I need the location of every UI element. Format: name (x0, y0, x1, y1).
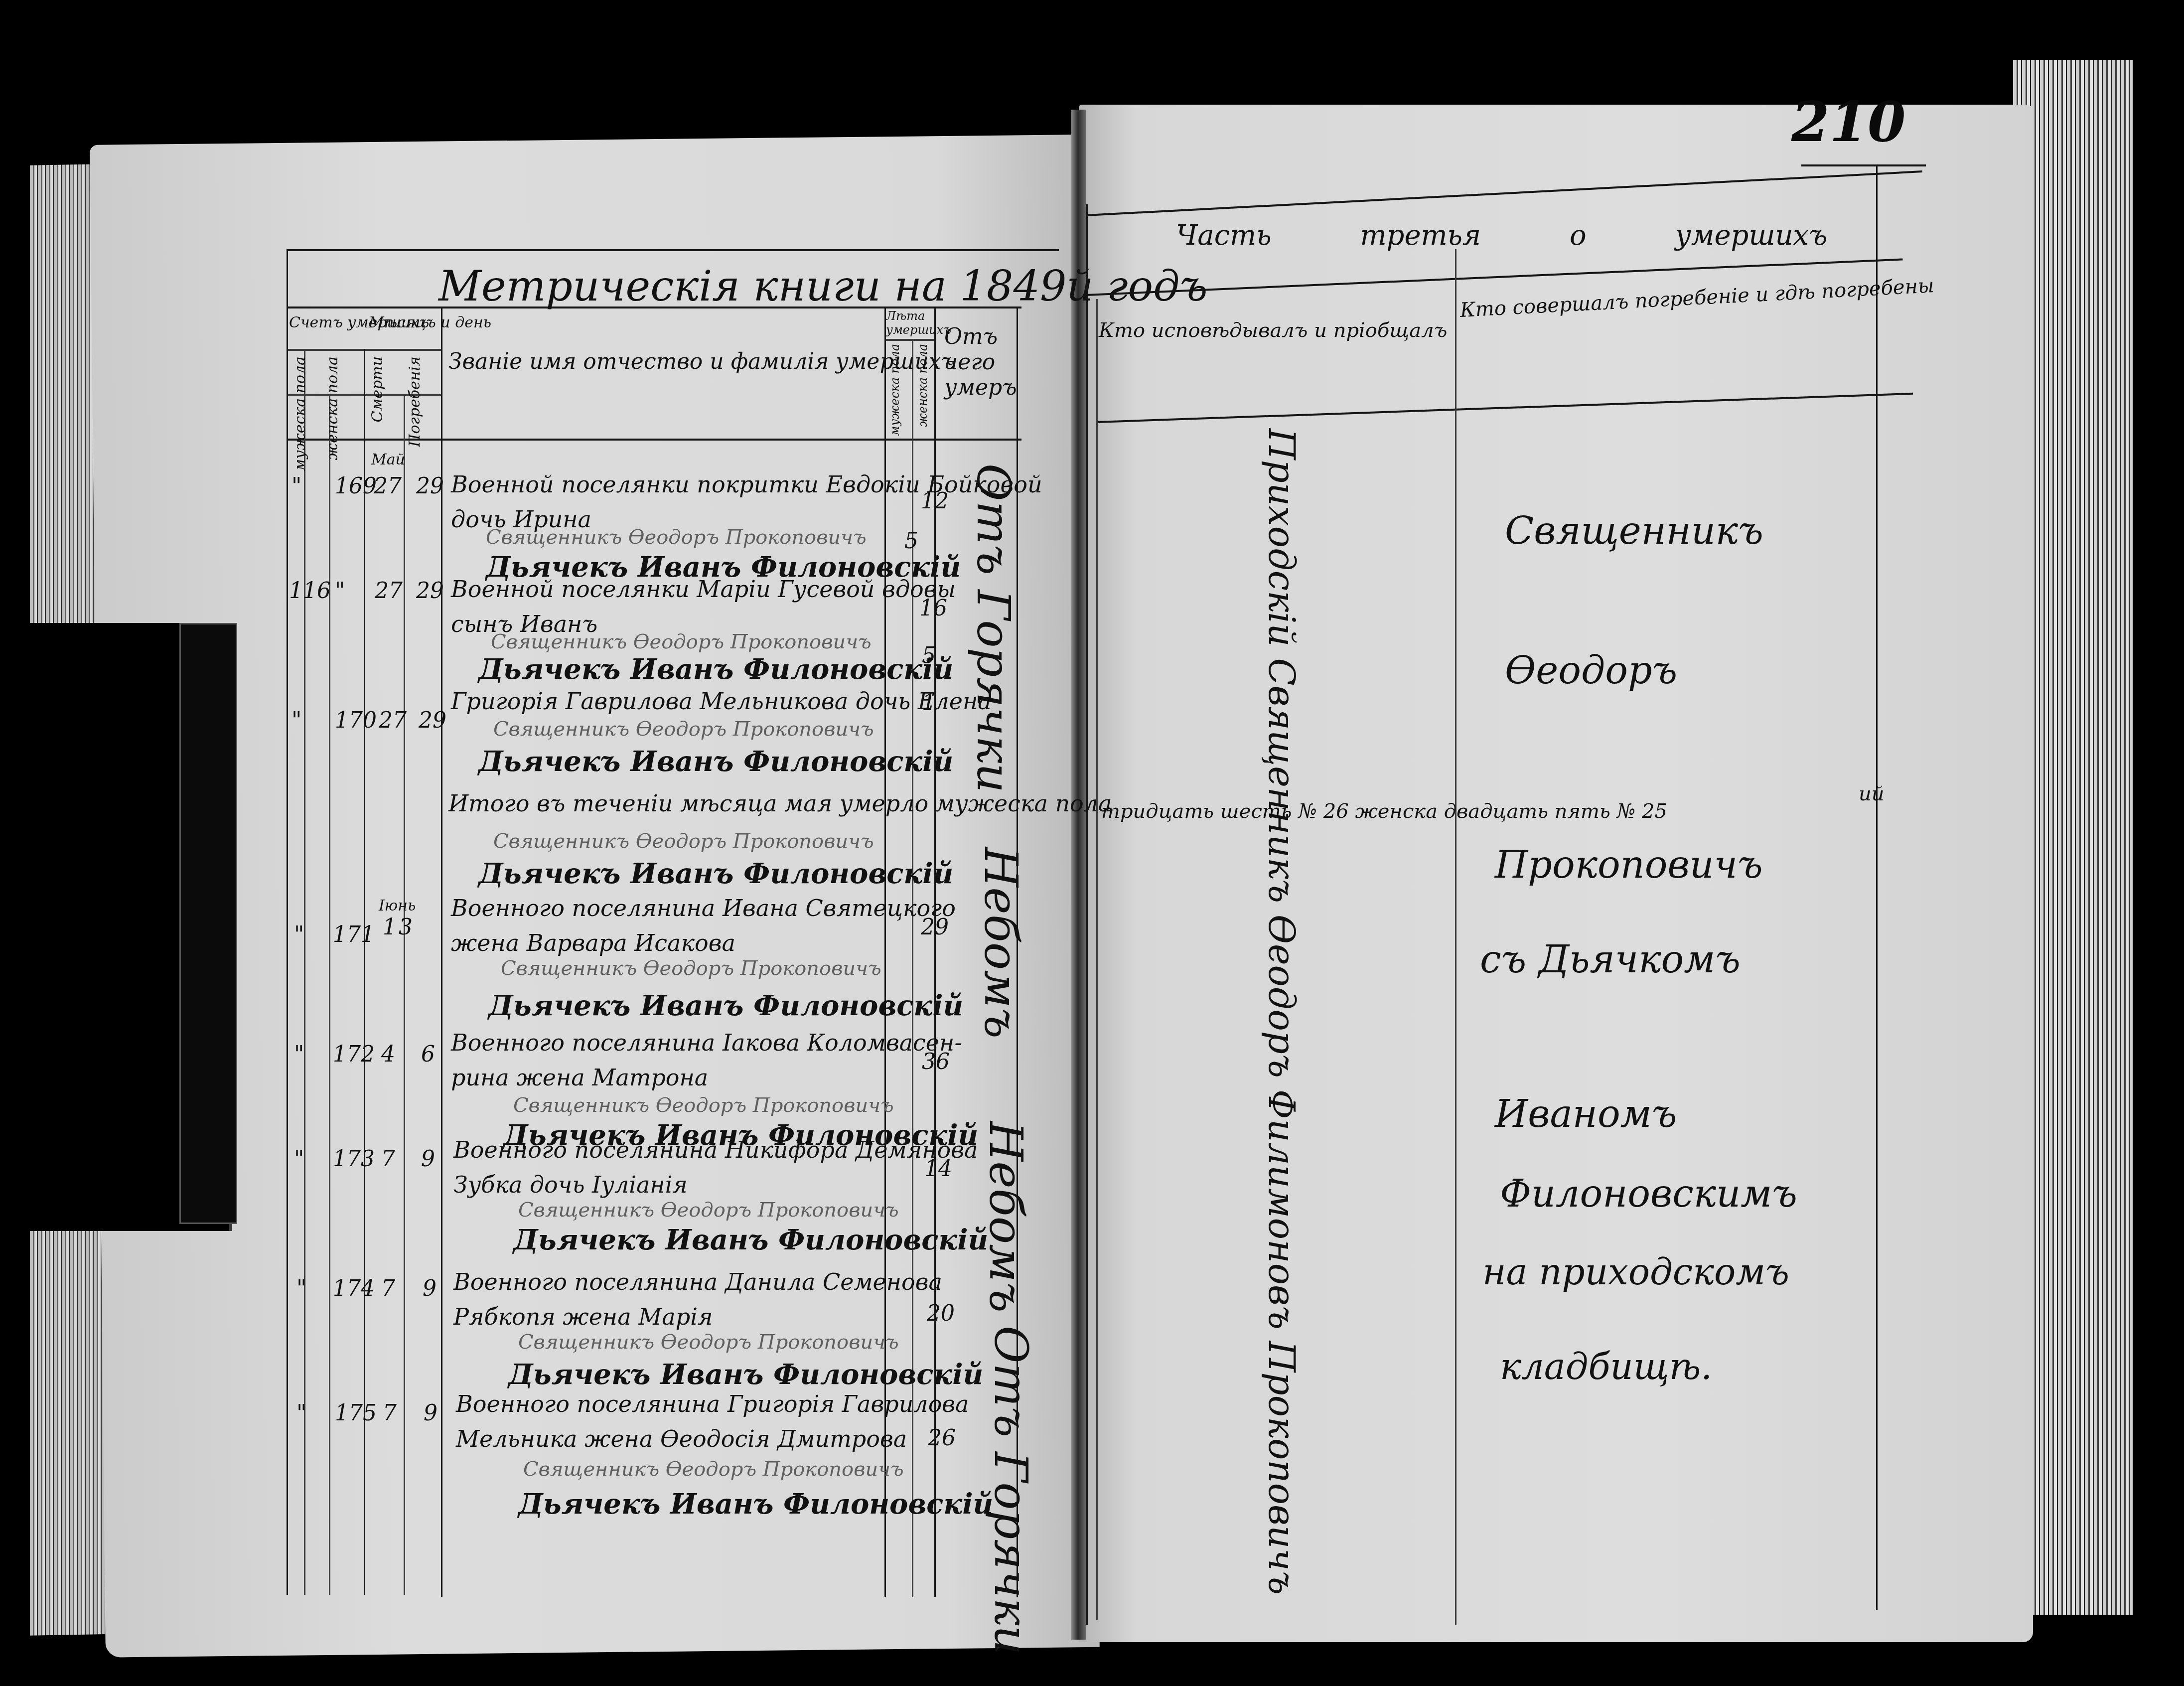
entry-burial-day: 9 (421, 1146, 435, 1172)
margin-mark: 5 (922, 643, 936, 668)
burial-line: съ Дьячкомъ (1480, 937, 1741, 981)
entry-female-number: 171 (333, 922, 375, 947)
rule (1801, 164, 1926, 166)
entry-text: Мельника жена Ѳеодосія Дмитрова (456, 1425, 907, 1452)
rule (287, 249, 288, 1595)
binding-clip-inner (179, 623, 237, 1224)
priest-signature: Священникъ Ѳеодоръ Прокоповичъ (493, 718, 874, 741)
entry-age: 12 (921, 488, 949, 514)
deacon-signature: Дьячекъ Иванъ Филоновскій (518, 1488, 993, 1521)
right-page-title: Часть третья о умершихъ (1176, 219, 1827, 252)
entry-male-number: " (296, 1276, 306, 1301)
rule (884, 339, 934, 341)
entry-text: Военного поселянина Григорія Гаврилова (456, 1390, 969, 1417)
header-age-group: Лѣта умершихъ (886, 309, 933, 337)
entry-text: Военного поселянина Данила Семенова (453, 1268, 942, 1295)
entry-text: Военного поселянина Ивана Святецкого (451, 895, 956, 921)
left-page-title: Метрическія книги на 1849й годъ (438, 262, 1207, 310)
priest-signature: Священникъ Ѳеодоръ Прокоповичъ (501, 957, 881, 980)
priest-signature: Священникъ Ѳеодоръ Прокоповичъ (513, 1094, 894, 1117)
priest-signature: Священникъ Ѳеодоръ Прокоповичъ (493, 830, 874, 853)
entry-male-number: " (294, 922, 304, 947)
header-date-death: Смерти (369, 356, 386, 423)
deacon-signature: Дьячекъ Иванъ Филоновскій (488, 989, 963, 1022)
entry-death-day: 27 (374, 473, 402, 499)
rule (287, 249, 1059, 251)
entry-male-number: " (291, 473, 301, 499)
entry-burial-day: 9 (423, 1276, 437, 1301)
entry-burial-day: 29 (416, 473, 444, 499)
header-date-group: Мѣсяцъ и день (369, 314, 491, 331)
entry-death-day: 27 (375, 578, 403, 604)
burial-line: кладбищѣ. (1500, 1346, 1712, 1387)
header-count-female: женска пола (324, 356, 341, 460)
priest-signature: Священникъ Ѳеодоръ Прокоповичъ (486, 526, 867, 549)
book-gutter (1071, 110, 1086, 1640)
entry-burial-day: 3 (399, 915, 413, 940)
burial-line: Иваномъ (1495, 1091, 1677, 1136)
header-name-column: Званіе имя отчество и фамилія умершихъ (448, 349, 956, 374)
deacon-signature: Дьячекъ Иванъ Филоновскій (478, 857, 953, 890)
rule (329, 394, 330, 1595)
entry-burial-day: 29 (419, 708, 446, 733)
margin-mark: 5 (904, 528, 918, 554)
entry-text: Военного поселянина Никифора Демянова (453, 1136, 978, 1163)
priest-signature: Священникъ Ѳеодоръ Прокоповичъ (523, 1458, 904, 1481)
entry-text: Зубка дочь Іуліанія (453, 1171, 688, 1198)
rule (1455, 249, 1456, 1625)
entry-death-day: 7 (383, 1400, 397, 1426)
entry-age: 16 (919, 596, 947, 621)
deacon-signature: Дьячекъ Иванъ Филоновскій (513, 1224, 988, 1256)
entry-male-number: 116 (289, 578, 331, 604)
cause-of-death-text: Отъ Горячки (984, 1326, 1037, 1655)
entry-burial-day: 29 (416, 578, 444, 604)
entry-age: 36 (922, 1049, 950, 1074)
entry-male-number: " (294, 1042, 304, 1067)
entry-female-number: 172 (333, 1042, 375, 1067)
header-cause-column: Отъ чего умеръ (944, 324, 1009, 400)
entry-male-number: " (291, 708, 301, 733)
burial-line: на приходскомъ (1482, 1251, 1789, 1293)
header-date-burial: Погребенія (406, 356, 424, 447)
deacon-signature: Дьячекъ Иванъ Филоновскій (478, 653, 953, 686)
rule (287, 439, 1021, 441)
entry-age: 20 (927, 1301, 955, 1326)
priest-signature: Священникъ Ѳеодоръ Прокоповичъ (518, 1331, 899, 1354)
cause-of-death-text: Небомъ (979, 1121, 1032, 1313)
entry-text: Военной поселянки Маріи Гусевой вдовы (451, 576, 956, 603)
entry-age: 29 (921, 915, 949, 940)
entry-female-number: 175 (335, 1400, 377, 1426)
header-age-female: женска пола (916, 344, 930, 427)
entry-age: 26 (928, 1425, 956, 1451)
entry-death-day: 7 (381, 1146, 395, 1172)
confessor-text: Приходскій Священникъ Ѳеодоръ Филимоновъ… (1261, 429, 1303, 1595)
entry-death-day: 27 (379, 708, 407, 733)
deacon-signature: Дьячекъ Иванъ Филоновскій (478, 745, 953, 778)
entry-text: Военного поселянина Іакова Коломвасен- (451, 1029, 962, 1056)
month-label-june: Іюнь (379, 897, 416, 915)
header-count-male: мужеска пола (291, 356, 309, 471)
rule (441, 307, 442, 1597)
entry-male-number: " (294, 1146, 304, 1172)
entry-text: рина жена Матрона (451, 1064, 708, 1091)
cause-of-death-text: Отъ Горячки (967, 463, 1020, 793)
entry-female-number: " (335, 578, 345, 604)
entry-text: Григорія Гаврилова Мельникова дочь Елена (451, 688, 992, 715)
burial-line: Прокоповичъ (1495, 842, 1763, 887)
entry-female-number: 174 (333, 1276, 375, 1301)
entry-age: 1 (922, 690, 936, 716)
entry-female-number: 169 (335, 473, 377, 499)
rule (404, 394, 405, 1595)
entry-text: Военной поселянки покритки Евдокіи Бойко… (451, 471, 1042, 498)
month-summary-text: Итого въ теченіи мѣсяца мая умерло мужес… (448, 790, 1112, 817)
entry-text: Рябкопя жена Марія (453, 1303, 713, 1330)
priest-signature: Священникъ Ѳеодоръ Прокоповичъ (518, 1199, 899, 1222)
entry-female-number: 170 (335, 708, 377, 733)
entry-death-day: 1 (383, 915, 397, 940)
entry-death-day: 4 (381, 1042, 395, 1067)
burial-line: Священникъ (1505, 508, 1763, 553)
entry-death-day: 7 (381, 1276, 395, 1301)
deacon-signature: Дьячекъ Иванъ Филоновскій (508, 1358, 983, 1391)
header-confessor: Кто исповѣдывалъ и пріобщалъ (1099, 319, 1447, 342)
burial-line: Филоновскимъ (1500, 1171, 1797, 1216)
header-age-male: мужеска пола (888, 344, 902, 436)
summary-fragment: ий (1859, 782, 1885, 805)
rule (1096, 299, 1098, 1620)
rule (1876, 164, 1878, 1610)
entry-age: 14 (924, 1156, 952, 1182)
month-label-may: Май (371, 451, 405, 468)
entry-burial-day: 9 (424, 1400, 437, 1426)
summary-continuation: тридцать шесть № 26 женска двадцать пять… (1101, 800, 1667, 823)
entry-text: жена Варвара Исакова (451, 929, 735, 956)
entry-burial-day: 6 (421, 1042, 435, 1067)
burial-line: Ѳеодоръ (1505, 648, 1677, 692)
rule (1086, 204, 1088, 1625)
priest-signature: Священникъ Ѳеодоръ Прокоповичъ (491, 630, 872, 653)
cause-of-death-text: Небомъ (974, 847, 1027, 1039)
page-number: 210 (1791, 90, 1906, 154)
entry-male-number: " (296, 1400, 306, 1426)
entry-female-number: 173 (333, 1146, 375, 1172)
